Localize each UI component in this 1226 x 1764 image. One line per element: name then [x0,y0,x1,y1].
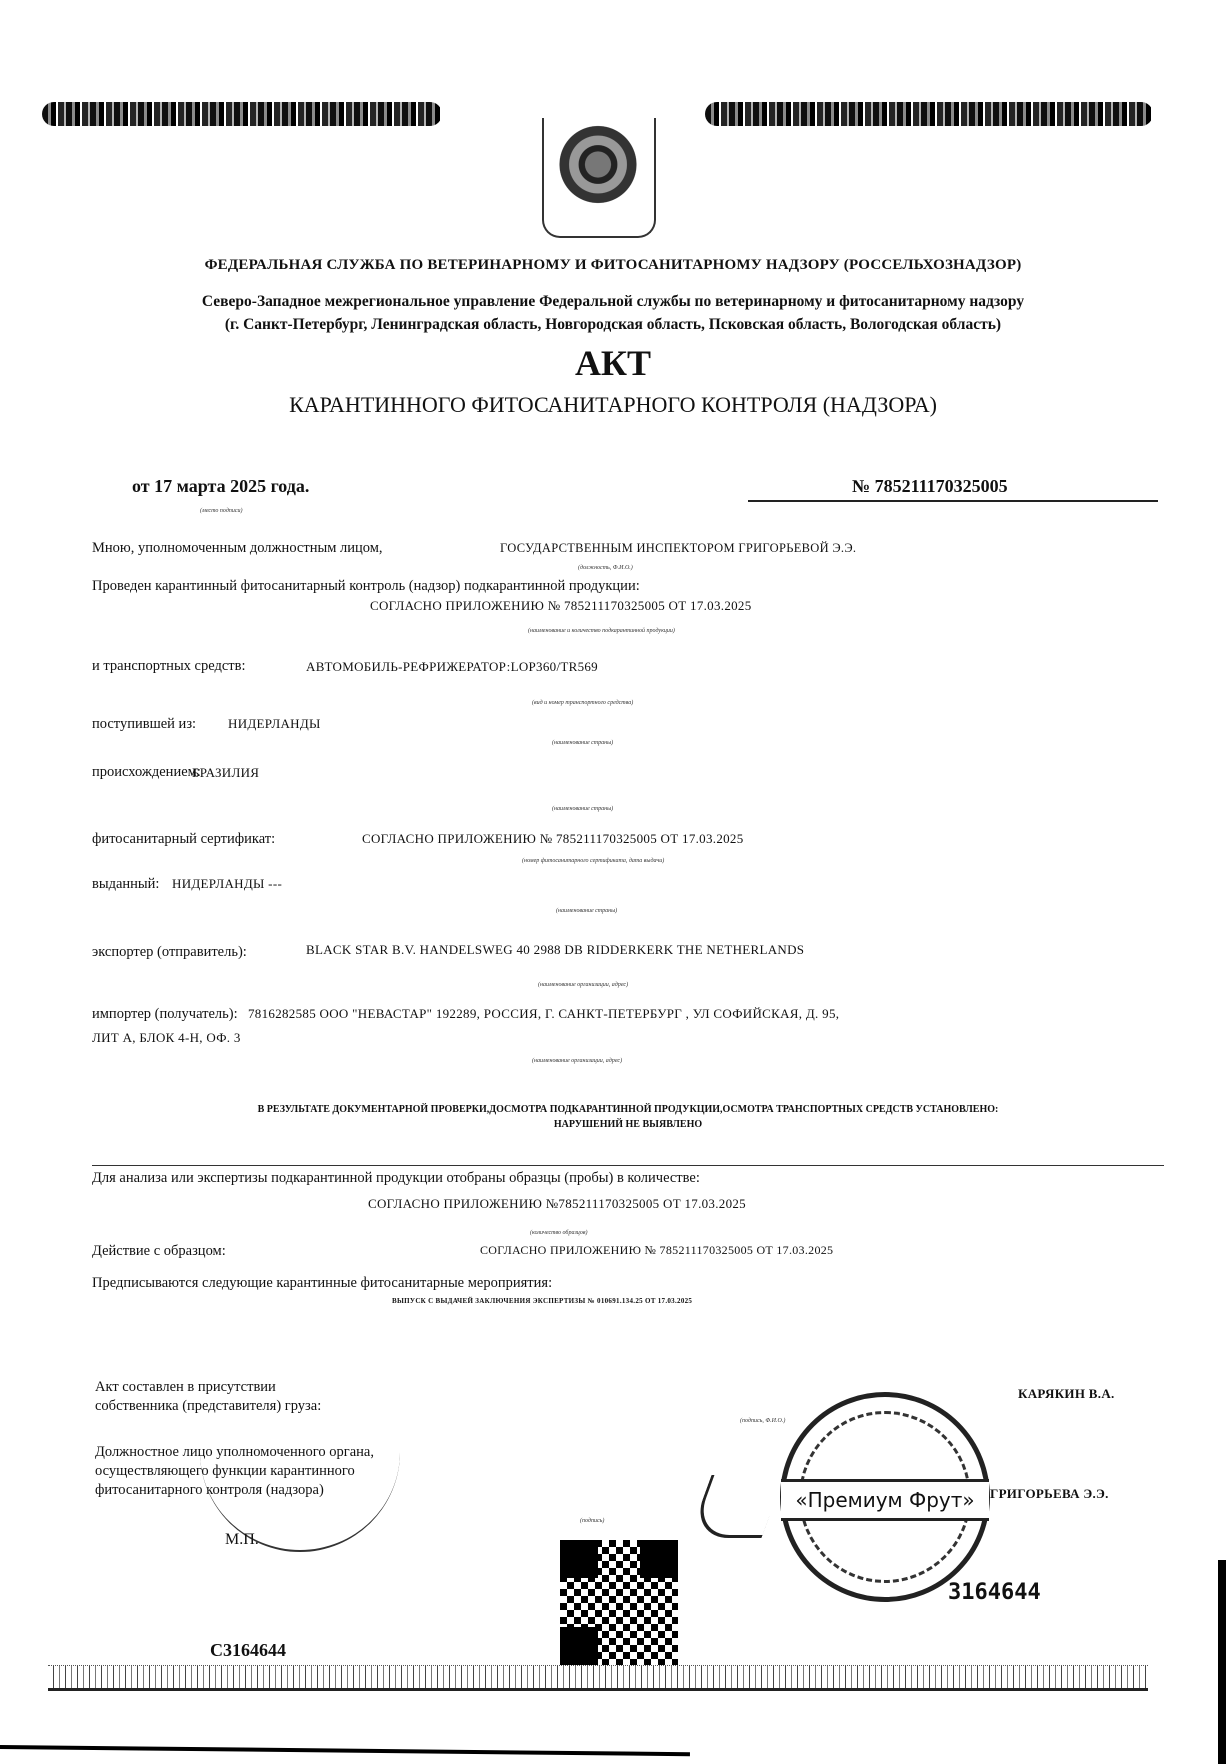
qr-code-icon [560,1540,678,1665]
samples-value: СОГЛАСНО ПРИЛОЖЕНИЮ №785211170325005 ОТ … [368,1196,746,1212]
official-sign-name: ГРИГОРЬЕВА Э.Э. [990,1486,1109,1502]
stamp-text: «Премиум Фрут» [781,1479,989,1521]
result-line-2: НАРУШЕНИЙ НЕ ВЫЯВЛЕНО [88,1117,1168,1132]
top-ornament-right [705,102,1153,126]
official-label: Мною, уполномоченным должностным лицом, [92,540,383,557]
coat-of-arms-icon [542,118,656,238]
control-caption: (наименование и количество подкарантинно… [528,628,675,634]
cert-label: фитосанитарный сертификат: [92,831,275,848]
measures-label: Предписываются следующие карантинные фит… [92,1275,552,1292]
control-value: СОГЛАСНО ПРИЛОЖЕНИЮ № 785211170325005 ОТ… [370,598,752,614]
act-date: от 17 марта 2025 года. [132,476,309,497]
owner-label-line-1: Акт составлен в присутствии [95,1378,321,1397]
from-value: НИДЕРЛАНДЫ [228,716,321,732]
origin-label: происхождением: [92,764,201,781]
exporter-caption: (наименование организации, адрес) [538,982,628,988]
cert-value: СОГЛАСНО ПРИЛОЖЕНИЮ № 785211170325005 ОТ… [362,831,744,847]
owner-label-line-2: собственника (представителя) груза: [95,1397,321,1416]
result-divider [92,1165,1164,1166]
origin-caption: (наименование страны) [552,806,613,812]
service-name: ФЕДЕРАЛЬНАЯ СЛУЖБА ПО ВЕТЕРИНАРНОМУ И ФИ… [0,257,1226,274]
signature-scribble-icon [689,1475,785,1538]
samples-caption: (количество образцов) [530,1230,587,1236]
sample-action-label: Действие с образцом: [92,1243,226,1260]
importer-value-line-1: 7816282585 ООО "НЕВАСТАР" 192289, РОССИЯ… [248,1006,839,1022]
form-number: С3164644 [210,1640,286,1661]
result-line-1: В РЕЗУЛЬТАТЕ ДОКУМЕНТАРНОЙ ПРОВЕРКИ,ДОСМ… [88,1102,1168,1117]
signature-caption: (подпись, Ф.И.О.) [740,1418,785,1424]
official-caption: (должность, Ф.И.О.) [578,565,633,571]
owner-label: Акт составлен в присутствии собственника… [95,1378,321,1416]
stamp-number: 3164644 [948,1580,1041,1605]
exporter-label: экспортер (отправитель): [92,944,247,961]
act-number: № 785211170325005 [852,476,1008,497]
department-line-2: (г. Санкт-Петербург, Ленинградская облас… [0,313,1226,336]
importer-label: импортер (получатель): [92,1006,238,1023]
importer-value-line-2: ЛИТ А, БЛОК 4-Н, ОФ. 3 [92,1030,241,1046]
department-name: Северо-Западное межрегиональное управлен… [0,290,1226,336]
cert-caption: (номер фитосанитарного сертификата, дата… [522,858,664,864]
issued-value: НИДЕРЛАНДЫ --- [172,876,282,892]
control-label: Проведен карантинный фитосанитарный конт… [92,578,640,595]
importer-caption: (наименование организации, адрес) [532,1058,622,1064]
transport-caption: (вид и номер транспортного средства) [532,700,633,706]
bottom-ornament [48,1665,1148,1691]
issued-caption: (наименование страны) [556,908,617,914]
origin-value: БРАЗИЛИЯ [192,765,259,781]
department-line-1: Северо-Западное межрегиональное управлен… [0,290,1226,313]
issued-label: выданный: [92,876,159,893]
exporter-value: BLACK STAR B.V. HANDELSWEG 40 2988 DB RI… [306,942,804,958]
transport-label: и транспортных средств: [92,658,246,675]
mp-label: М.П. [225,1531,259,1549]
document-subtitle: КАРАНТИННОГО ФИТОСАНИТАРНОГО КОНТРОЛЯ (Н… [0,392,1226,418]
inspection-result: В РЕЗУЛЬТАТЕ ДОКУМЕНТАРНОЙ ПРОВЕРКИ,ДОСМ… [88,1102,1168,1132]
sample-action-value: СОГЛАСНО ПРИЛОЖЕНИЮ № 785211170325005 ОТ… [480,1243,833,1258]
samples-label: Для анализа или экспертизы подкарантинно… [92,1170,700,1187]
from-caption: (наименование страны) [552,740,613,746]
owner-name: КАРЯКИН В.А. [1018,1386,1115,1402]
number-underline [748,500,1158,502]
date-caption: (место подписи) [200,508,243,514]
transport-value: АВТОМОБИЛЬ-РЕФРИЖЕРАТОР:LOP360/TR569 [306,659,598,675]
company-stamp: «Премиум Фрут» [780,1392,990,1602]
from-label: поступившей из: [92,716,196,733]
measures-value: ВЫПУСК С ВЫДАЧЕЙ ЗАКЛЮЧЕНИЯ ЭКСПЕРТИЗЫ №… [392,1297,692,1305]
qr-caption: (подпись) [580,1518,604,1524]
scan-edge [1218,1560,1226,1764]
official-value: ГОСУДАРСТВЕННЫМ ИНСПЕКТОРОМ ГРИГОРЬЕВОЙ … [500,541,856,556]
document-title: АКТ [0,342,1226,384]
scan-edge-bottom [0,1745,690,1756]
top-ornament-left [42,102,442,126]
